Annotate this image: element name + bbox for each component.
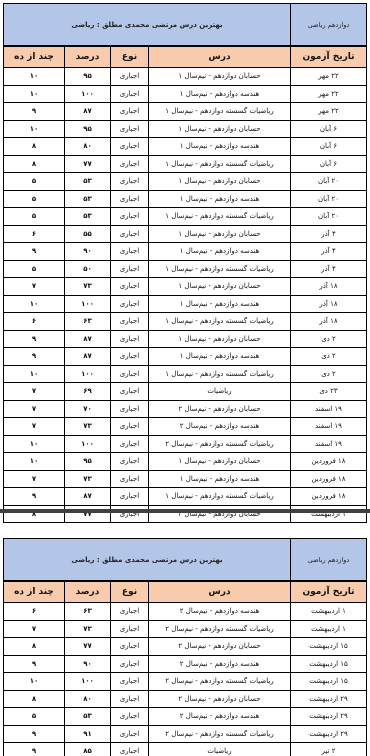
cell-type: اجباری: [111, 743, 149, 756]
cell-out-of-ten: ۹: [4, 725, 65, 743]
header-row: تاریخ آزمون درس نوع درصد چند از ده: [4, 581, 367, 603]
table-row: ۲۳ دیریاضیاتاجباری۶۹۷: [4, 383, 367, 401]
cell-out-of-ten: ۱۰: [4, 453, 65, 471]
header-out-of-ten: چند از ده: [4, 581, 65, 603]
cell-type: اجباری: [111, 708, 149, 726]
cell-out-of-ten: ۹: [4, 743, 65, 756]
cell-percent: ۷۳: [65, 278, 111, 296]
cell-type: اجباری: [111, 243, 149, 261]
cell-percent: ۶۳: [65, 313, 111, 331]
cell-type: اجباری: [111, 603, 149, 621]
cell-date: ۱۸ آذر: [291, 295, 367, 313]
cell-type: اجباری: [111, 505, 149, 523]
header-percent: درصد: [65, 581, 111, 603]
cell-subject: ریاضیات گسسته دوازدهم - نیم‌سال ۱: [149, 103, 291, 121]
cell-date: ۲۲ مهر: [291, 68, 367, 86]
cell-out-of-ten: ۵: [4, 208, 65, 226]
header-percent: درصد: [65, 46, 111, 68]
header-date: تاریخ آزمون: [291, 46, 367, 68]
table-row: ۱۵ اردیبهشتحسابان دوازدهم - نیم‌سال ۲اجب…: [4, 638, 367, 656]
cell-type: اجباری: [111, 208, 149, 226]
table-row: ۴ آذرهندسه دوازدهم - نیم‌سال ۱اجباری۹۰۹: [4, 243, 367, 261]
cell-percent: ۹۵: [65, 68, 111, 86]
cell-type: اجباری: [111, 400, 149, 418]
cell-subject: هندسه دوازدهم - نیم‌سال ۲: [149, 418, 291, 436]
cell-out-of-ten: ۹: [4, 655, 65, 673]
header-type: نوع: [111, 581, 149, 603]
cell-subject: هندسه دوازدهم - نیم‌سال ۱: [149, 190, 291, 208]
table-row: ۲۹ اردیبهشتحسابان دوازدهم - نیم‌سال ۲اجب…: [4, 690, 367, 708]
cell-type: اجباری: [111, 68, 149, 86]
cell-date: ۲۹ اردیبهشت: [291, 708, 367, 726]
table-row: ۱۹ اسفندحسابان دوازدهم - نیم‌سال ۲اجباری…: [4, 400, 367, 418]
cell-subject: هندسه دوازدهم - نیم‌سال ۱: [149, 348, 291, 366]
cell-percent: ۵۰: [65, 260, 111, 278]
cell-percent: ۸۷: [65, 103, 111, 121]
header-row: تاریخ آزمون درس نوع درصد چند از ده: [4, 46, 367, 68]
cell-out-of-ten: ۶: [4, 603, 65, 621]
cell-subject: هندسه دوازدهم - نیم‌سال ۲: [149, 603, 291, 621]
cell-percent: ۱۰۰: [65, 85, 111, 103]
cell-date: ۴ آذر: [291, 225, 367, 243]
table-row: ۱۸ فروردینریاضیات گسسته دوازدهم - نیم‌سا…: [4, 488, 367, 506]
cell-percent: ۹۱: [65, 725, 111, 743]
cell-out-of-ten: ۶: [4, 225, 65, 243]
cell-out-of-ten: ۸: [4, 138, 65, 156]
cell-out-of-ten: ۹: [4, 348, 65, 366]
cell-percent: ۱۰۰: [65, 365, 111, 383]
table-row: ۱۸ آذرهندسه دوازدهم - نیم‌سال ۱اجباری۱۰۰…: [4, 295, 367, 313]
cell-date: ۲۹ اردیبهشت: [291, 725, 367, 743]
cell-percent: ۶۳: [65, 603, 111, 621]
header-out-of-ten: چند از ده: [4, 46, 65, 68]
cell-percent: ۷۳: [65, 620, 111, 638]
score-table-1-grid: دوازدهم ریاضی بهترین درس مرتضی محمدی مطل…: [3, 3, 367, 523]
cell-out-of-ten: ۱۰: [4, 120, 65, 138]
cell-type: اجباری: [111, 470, 149, 488]
cell-out-of-ten: ۵: [4, 260, 65, 278]
cell-out-of-ten: ۱۰: [4, 673, 65, 691]
cell-percent: ۵۳: [65, 708, 111, 726]
cell-type: اجباری: [111, 348, 149, 366]
table-row: ۱۸ فروردینحسابان دوازدهم - نیم‌سال ۱اجبا…: [4, 453, 367, 471]
cell-subject: حسابان دوازدهم - نیم‌سال ۱: [149, 120, 291, 138]
cell-date: ۱۸ آذر: [291, 313, 367, 331]
table-row: ۴ آذرریاضیات گسسته دوازدهم - نیم‌سال ۱اج…: [4, 260, 367, 278]
cell-date: ۱ اردیبهشت: [291, 505, 367, 523]
cell-date: ۲۰ آبان: [291, 190, 367, 208]
cell-percent: ۵۵: [65, 225, 111, 243]
cell-out-of-ten: ۷: [4, 418, 65, 436]
cell-type: اجباری: [111, 190, 149, 208]
cell-date: ۲۰ آبان: [291, 173, 367, 191]
grade-label: دوازدهم ریاضی: [291, 539, 367, 582]
cell-out-of-ten: ۸: [4, 690, 65, 708]
cell-type: اجباری: [111, 155, 149, 173]
cell-subject: هندسه دوازدهم - نیم‌سال ۱: [149, 470, 291, 488]
cell-date: ۲ دی: [291, 365, 367, 383]
cell-subject: ریاضیات گسسته دوازدهم - نیم‌سال ۱: [149, 260, 291, 278]
table-row: ۶ آبانهندسه دوازدهم - نیم‌سال ۱اجباری۸۰۸: [4, 138, 367, 156]
cell-subject: ریاضیات گسسته دوازدهم - نیم‌سال ۱: [149, 313, 291, 331]
cell-date: ۴ آذر: [291, 243, 367, 261]
cell-percent: ۶۹: [65, 383, 111, 401]
table-row: ۶ آبانریاضیات گسسته دوازدهم - نیم‌سال ۱ا…: [4, 155, 367, 173]
cell-out-of-ten: ۱۰: [4, 68, 65, 86]
cell-out-of-ten: ۹: [4, 103, 65, 121]
cell-date: ۲۹ اردیبهشت: [291, 690, 367, 708]
cell-type: اجباری: [111, 278, 149, 296]
table-row: ۲۹ اردیبهشتریاضیات گسسته دوازدهم - نیم‌س…: [4, 725, 367, 743]
cell-out-of-ten: ۷: [4, 278, 65, 296]
cell-date: ۶ آبان: [291, 155, 367, 173]
cell-date: ۱۸ آذر: [291, 278, 367, 296]
cell-type: اجباری: [111, 673, 149, 691]
table-row: ۲۲ مهرریاضیات گسسته دوازدهم - نیم‌سال ۱ا…: [4, 103, 367, 121]
cell-subject: حسابان دوازدهم - نیم‌سال ۱: [149, 68, 291, 86]
cell-percent: ۹۰: [65, 655, 111, 673]
cell-out-of-ten: ۱۰: [4, 365, 65, 383]
cell-type: اجباری: [111, 453, 149, 471]
cell-type: اجباری: [111, 313, 149, 331]
cell-out-of-ten: ۷: [4, 470, 65, 488]
cell-subject: هندسه دوازدهم - نیم‌سال ۲: [149, 655, 291, 673]
cell-type: اجباری: [111, 225, 149, 243]
table-row: ۲۲ مهرهندسه دوازدهم - نیم‌سال ۱اجباری۱۰۰…: [4, 85, 367, 103]
cell-date: ۲۲ مهر: [291, 103, 367, 121]
table-row: ۲ دیهندسه دوازدهم - نیم‌سال ۱اجباری۸۷۹: [4, 348, 367, 366]
cell-out-of-ten: ۷: [4, 400, 65, 418]
cell-type: اجباری: [111, 418, 149, 436]
cell-percent: ۸۰: [65, 138, 111, 156]
cell-percent: ۱۰۰: [65, 435, 111, 453]
cell-percent: ۵۳: [65, 173, 111, 191]
table-body: ۲۲ مهرحسابان دوازدهم - نیم‌سال ۱اجباری۹۵…: [4, 68, 367, 523]
cell-type: اجباری: [111, 260, 149, 278]
cell-subject: هندسه دوازدهم - نیم‌سال ۱: [149, 295, 291, 313]
table-row: ۲ دیریاضیات گسسته دوازدهم - نیم‌سال ۱اجب…: [4, 365, 367, 383]
table-row: ۱ اردیبهشتریاضیات گسسته دوازدهم - نیم‌سا…: [4, 620, 367, 638]
cell-subject: ریاضیات گسسته دوازدهم - نیم‌سال ۱: [149, 208, 291, 226]
cell-subject: حسابان دوازدهم - نیم‌سال ۲: [149, 638, 291, 656]
cell-out-of-ten: ۱۰: [4, 295, 65, 313]
cell-subject: ریاضیات گسسته دوازدهم - نیم‌سال ۱: [149, 365, 291, 383]
cell-percent: ۸۰: [65, 690, 111, 708]
cell-percent: ۸۷: [65, 330, 111, 348]
cell-date: ۲ دی: [291, 330, 367, 348]
cell-date: ۱۹ اسفند: [291, 418, 367, 436]
cell-percent: ۸۷: [65, 488, 111, 506]
table-row: ۲۰ آبانحسابان دوازدهم - نیم‌سال ۱اجباری۵…: [4, 173, 367, 191]
cell-date: ۴ آذر: [291, 260, 367, 278]
cell-subject: ریاضیات گسسته دوازدهم - نیم‌سال ۲: [149, 435, 291, 453]
score-table-2: دوازدهم ریاضی بهترین درس مرتضی محمدی مطل…: [3, 538, 366, 756]
cell-type: اجباری: [111, 330, 149, 348]
table-row: ۱۹ اسفندریاضیات گسسته دوازدهم - نیم‌سال …: [4, 435, 367, 453]
table-row: ۲۲ مهرحسابان دوازدهم - نیم‌سال ۱اجباری۹۵…: [4, 68, 367, 86]
cell-out-of-ten: ۹: [4, 330, 65, 348]
cell-percent: ۷۳: [65, 418, 111, 436]
cell-type: اجباری: [111, 638, 149, 656]
cell-subject: حسابان دوازدهم - نیم‌سال ۲: [149, 690, 291, 708]
cell-percent: ۸۷: [65, 348, 111, 366]
cell-date: ۶ آبان: [291, 120, 367, 138]
cell-subject: ریاضیات گسسته دوازدهم - نیم‌سال ۱: [149, 488, 291, 506]
cell-type: اجباری: [111, 488, 149, 506]
table-row: ۱۵ اردیبهشتهندسه دوازدهم - نیم‌سال ۲اجبا…: [4, 655, 367, 673]
cell-subject: حسابان دوازدهم - نیم‌سال ۲: [149, 400, 291, 418]
cell-date: ۱۹ اسفند: [291, 400, 367, 418]
cell-date: ۱۹ اسفند: [291, 435, 367, 453]
cell-out-of-ten: ۷: [4, 383, 65, 401]
table-row: ۱۵ اردیبهشتریاضیات گسسته دوازدهم - نیم‌س…: [4, 673, 367, 691]
cell-type: اجباری: [111, 620, 149, 638]
cell-type: اجباری: [111, 295, 149, 313]
table-row: ۲ تیرریاضیاتاجباری۸۵۹: [4, 743, 367, 756]
table-row: ۲۰ آبانهندسه دوازدهم - نیم‌سال ۱اجباری۵۳…: [4, 190, 367, 208]
cell-type: اجباری: [111, 120, 149, 138]
score-table-2-grid: دوازدهم ریاضی بهترین درس مرتضی محمدی مطل…: [3, 538, 367, 756]
cell-percent: ۷۰: [65, 400, 111, 418]
cell-type: اجباری: [111, 85, 149, 103]
cell-out-of-ten: ۱۰: [4, 435, 65, 453]
cell-percent: ۷۷: [65, 155, 111, 173]
table-row: ۲۹ اردیبهشتهندسه دوازدهم - نیم‌سال ۲اجبا…: [4, 708, 367, 726]
cell-out-of-ten: ۵: [4, 708, 65, 726]
cell-date: ۲ دی: [291, 348, 367, 366]
cell-date: ۱۵ اردیبهشت: [291, 655, 367, 673]
cell-subject: هندسه دوازدهم - نیم‌سال ۱: [149, 138, 291, 156]
cell-subject: حسابان دوازدهم - نیم‌سال ۲: [149, 505, 291, 523]
cell-date: ۱۵ اردیبهشت: [291, 673, 367, 691]
cell-type: اجباری: [111, 138, 149, 156]
cell-percent: ۹۵: [65, 453, 111, 471]
cell-percent: ۷۷: [65, 505, 111, 523]
page-separator: [0, 509, 370, 513]
cell-date: ۱۸ فروردین: [291, 470, 367, 488]
cell-out-of-ten: ۵: [4, 190, 65, 208]
cell-date: ۱ اردیبهشت: [291, 620, 367, 638]
title-row: دوازدهم ریاضی بهترین درس مرتضی محمدی مطل…: [4, 4, 367, 47]
cell-date: ۶ آبان: [291, 138, 367, 156]
cell-subject: هندسه دوازدهم - نیم‌سال ۱: [149, 243, 291, 261]
cell-type: اجباری: [111, 655, 149, 673]
header-subject: درس: [149, 581, 291, 603]
cell-out-of-ten: ۱۰: [4, 85, 65, 103]
cell-percent: ۵۳: [65, 190, 111, 208]
cell-date: ۲۲ مهر: [291, 85, 367, 103]
cell-subject: ریاضیات گسسته دوازدهم - نیم‌سال ۲: [149, 725, 291, 743]
cell-date: ۱۸ فروردین: [291, 453, 367, 471]
cell-date: ۱ اردیبهشت: [291, 603, 367, 621]
cell-out-of-ten: ۷: [4, 620, 65, 638]
score-table-1: دوازدهم ریاضی بهترین درس مرتضی محمدی مطل…: [3, 3, 366, 523]
table-row: ۱ اردیبهشتهندسه دوازدهم - نیم‌سال ۲اجبار…: [4, 603, 367, 621]
cell-type: اجباری: [111, 435, 149, 453]
table-row: ۴ آذرحسابان دوازدهم - نیم‌سال ۱اجباری۵۵۶: [4, 225, 367, 243]
cell-subject: ریاضیات گسسته دوازدهم - نیم‌سال ۲: [149, 673, 291, 691]
cell-date: ۱۸ فروردین: [291, 488, 367, 506]
cell-subject: ریاضیات: [149, 743, 291, 756]
cell-out-of-ten: ۸: [4, 505, 65, 523]
cell-subject: ریاضیات: [149, 383, 291, 401]
cell-subject: هندسه دوازدهم - نیم‌سال ۱: [149, 85, 291, 103]
table-body: ۱ اردیبهشتهندسه دوازدهم - نیم‌سال ۲اجبار…: [4, 603, 367, 756]
cell-subject: حسابان دوازدهم - نیم‌سال ۱: [149, 278, 291, 296]
table-row: ۱۸ فروردینهندسه دوازدهم - نیم‌سال ۱اجبار…: [4, 470, 367, 488]
cell-type: اجباری: [111, 103, 149, 121]
cell-percent: ۷۳: [65, 470, 111, 488]
cell-date: ۲۰ آبان: [291, 208, 367, 226]
cell-subject: حسابان دوازدهم - نیم‌سال ۱: [149, 225, 291, 243]
cell-out-of-ten: ۹: [4, 488, 65, 506]
cell-out-of-ten: ۹: [4, 243, 65, 261]
cell-percent: ۱۰۰: [65, 295, 111, 313]
cell-type: اجباری: [111, 690, 149, 708]
cell-subject: حسابان دوازدهم - نیم‌سال ۱: [149, 453, 291, 471]
table-row: ۱۸ آذرریاضیات گسسته دوازدهم - نیم‌سال ۱ا…: [4, 313, 367, 331]
cell-out-of-ten: ۶: [4, 313, 65, 331]
cell-subject: ریاضیات گسسته دوازدهم - نیم‌سال ۲: [149, 620, 291, 638]
cell-subject: ریاضیات گسسته دوازدهم - نیم‌سال ۱: [149, 155, 291, 173]
header-date: تاریخ آزمون: [291, 581, 367, 603]
grade-label: دوازدهم ریاضی: [291, 4, 367, 47]
cell-type: اجباری: [111, 383, 149, 401]
table-row: ۲ دیحسابان دوازدهم - نیم‌سال ۱اجباری۸۷۹: [4, 330, 367, 348]
title-row: دوازدهم ریاضی بهترین درس مرتضی محمدی مطل…: [4, 539, 367, 582]
table-title: بهترین درس مرتضی محمدی مطلق : ریاضی: [4, 4, 291, 47]
table-title: بهترین درس مرتضی محمدی مطلق : ریاضی: [4, 539, 291, 582]
cell-type: اجباری: [111, 173, 149, 191]
cell-date: ۱۵ اردیبهشت: [291, 638, 367, 656]
cell-subject: حسابان دوازدهم - نیم‌سال ۱: [149, 330, 291, 348]
cell-percent: ۵۳: [65, 208, 111, 226]
cell-percent: ۱۰۰: [65, 673, 111, 691]
table-row: ۶ آبانحسابان دوازدهم - نیم‌سال ۱اجباری۹۵…: [4, 120, 367, 138]
cell-date: ۲ تیر: [291, 743, 367, 756]
cell-subject: حسابان دوازدهم - نیم‌سال ۱: [149, 173, 291, 191]
table-row: ۲۰ آبانریاضیات گسسته دوازدهم - نیم‌سال ۱…: [4, 208, 367, 226]
cell-type: اجباری: [111, 725, 149, 743]
header-subject: درس: [149, 46, 291, 68]
cell-subject: هندسه دوازدهم - نیم‌سال ۲: [149, 708, 291, 726]
cell-out-of-ten: ۸: [4, 638, 65, 656]
table-row: ۱۸ آذرحسابان دوازدهم - نیم‌سال ۱اجباری۷۳…: [4, 278, 367, 296]
cell-date: ۲۳ دی: [291, 383, 367, 401]
cell-out-of-ten: ۵: [4, 173, 65, 191]
cell-percent: ۹۵: [65, 120, 111, 138]
cell-percent: ۷۷: [65, 638, 111, 656]
cell-percent: ۸۵: [65, 743, 111, 756]
header-type: نوع: [111, 46, 149, 68]
table-row: ۱۹ اسفندهندسه دوازدهم - نیم‌سال ۲اجباری۷…: [4, 418, 367, 436]
cell-percent: ۹۰: [65, 243, 111, 261]
cell-type: اجباری: [111, 365, 149, 383]
cell-out-of-ten: ۸: [4, 155, 65, 173]
table-row: ۱ اردیبهشتحسابان دوازدهم - نیم‌سال ۲اجبا…: [4, 505, 367, 523]
